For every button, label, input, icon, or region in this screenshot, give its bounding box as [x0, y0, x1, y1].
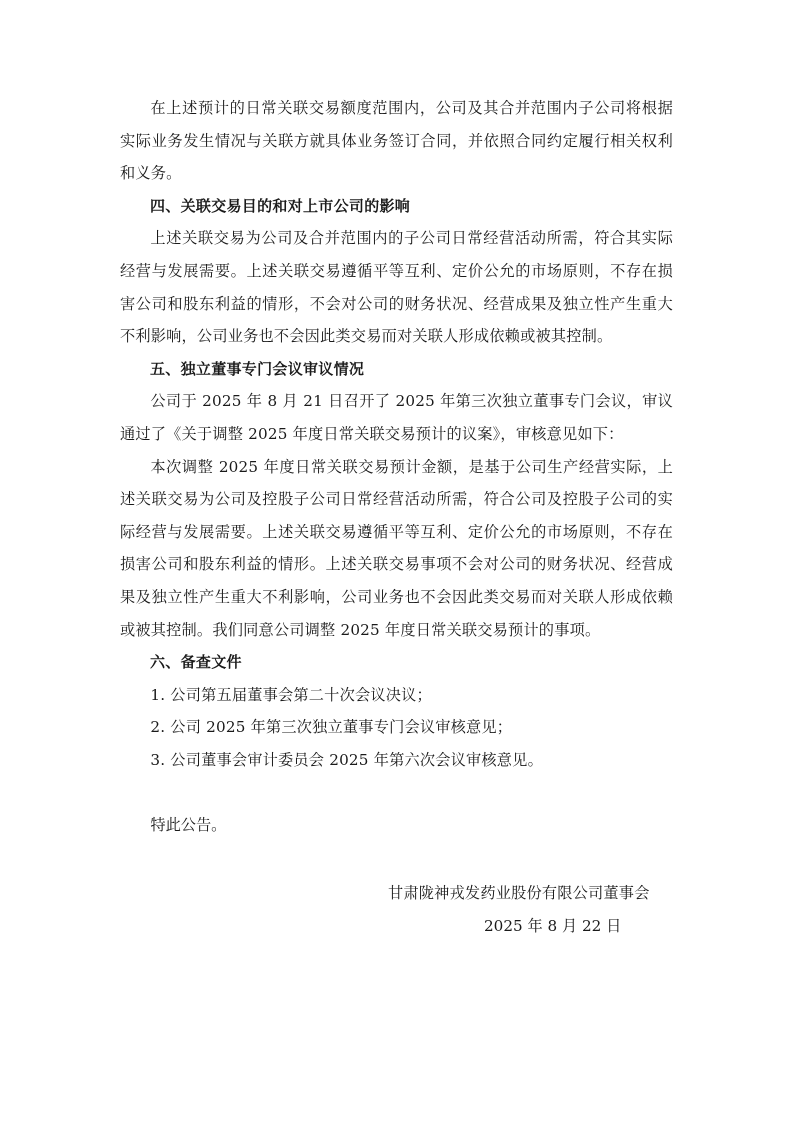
intro-paragraph: 在上述预计的日常关联交易额度范围内，公司及其合并范围内子公司将根据实际业务发生情…	[120, 92, 673, 190]
section-paragraph: 本次调整 2025 年度日常关联交易预计金额，是基于公司生产经营实际，上述关联交…	[120, 451, 673, 647]
document-body: 在上述预计的日常关联交易额度范围内，公司及其合并范围内子公司将根据实际业务发生情…	[120, 92, 673, 842]
closing-statement: 特此公告。	[120, 809, 673, 842]
section-paragraph: 上述关联交易为公司及合并范围内的子公司日常经营活动所需，符合其实际经营与发展需要…	[120, 222, 673, 352]
section-paragraph: 公司于 2025 年 8 月 21 日召开了 2025 年第三次独立董事专门会议…	[120, 385, 673, 450]
reference-document-item: 3. 公司董事会审计委员会 2025 年第六次会议审核意见。	[120, 744, 673, 777]
section-heading-purpose-impact: 四、关联交易目的和对上市公司的影响	[120, 190, 673, 223]
signature-block: 甘肃陇神戎发药业股份有限公司董事会 2025 年 8 月 22 日	[388, 877, 688, 943]
section-heading-independent-directors: 五、独立董事专门会议审议情况	[120, 353, 673, 386]
reference-document-item: 2. 公司 2025 年第三次独立董事专门会议审核意见；	[120, 711, 673, 744]
reference-document-item: 1. 公司第五届董事会第二十次会议决议；	[120, 679, 673, 712]
signature-date: 2025 年 8 月 22 日	[388, 910, 688, 943]
section-heading-reference-documents: 六、备查文件	[120, 646, 673, 679]
signature-company: 甘肃陇神戎发药业股份有限公司董事会	[388, 877, 688, 910]
